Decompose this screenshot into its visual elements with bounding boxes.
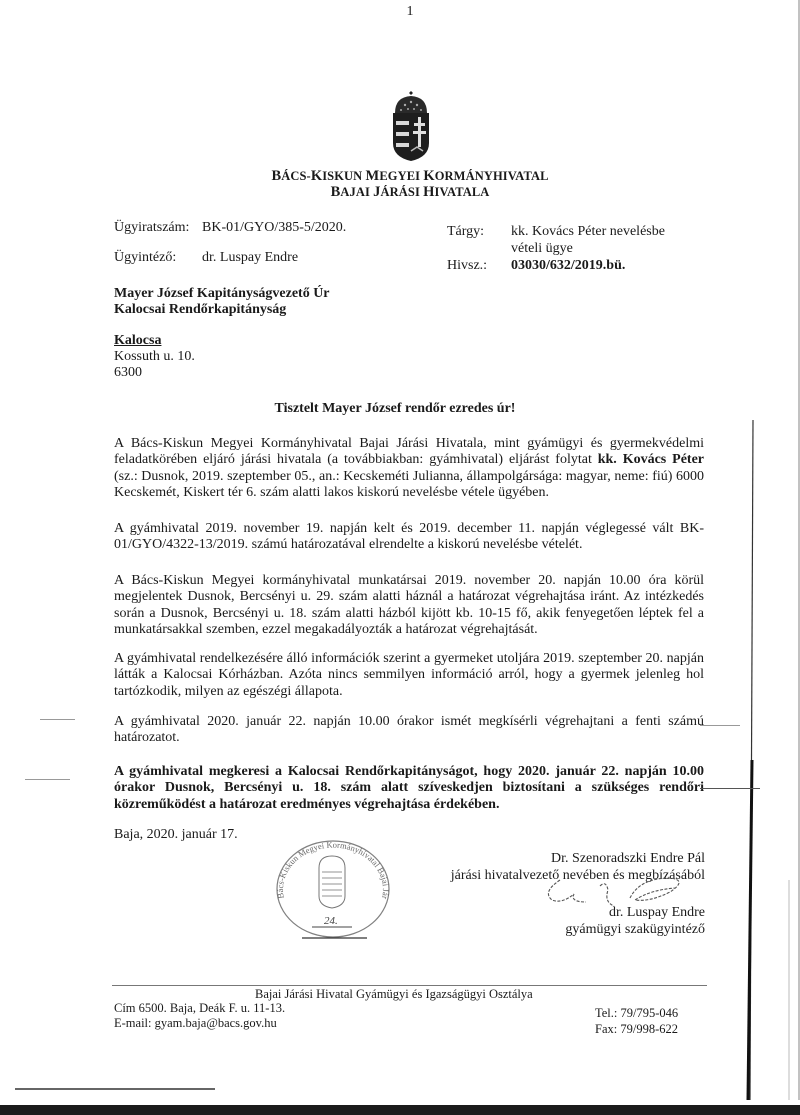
- footer-email: E-mail: gyam.baja@bacs.gov.hu: [114, 1016, 277, 1031]
- scan-mark: [15, 1088, 215, 1090]
- request-paragraph: A gyámhivatal megkeresi a Kalocsai Rendő…: [114, 764, 704, 813]
- paragraph-1: A Bács-Kiskun Megyei Kormányhivatal Baja…: [114, 436, 704, 501]
- child-name: kk. Kovács Péter: [598, 452, 704, 467]
- organization-subunit: BAJAI JÁRÁSI HIVATALA: [0, 184, 800, 201]
- scan-mark: [25, 779, 70, 780]
- recipient-postcode: 6300: [114, 365, 142, 381]
- paragraph-3: A Bács-Kiskun Megyei kormányhivatal munk…: [114, 573, 704, 638]
- footer-address: Cím 6500. Baja, Deák F. u. 11-13.: [114, 1001, 285, 1016]
- footer-phone: Tel.: 79/795-046: [595, 1006, 678, 1021]
- paragraph-5: A gyámhivatal 2020. január 22. napján 10…: [114, 714, 704, 747]
- recipient-street: Kossuth u. 10.: [114, 349, 195, 365]
- scan-edge-shadow: [740, 0, 800, 1115]
- recipient-city: Kalocsa: [114, 333, 161, 349]
- place-and-date: Baja, 2020. január 17.: [114, 827, 238, 843]
- handler-name: dr. Luspay Endre: [202, 250, 298, 266]
- paragraph-2: A gyámhivatal 2019. november 19. napján …: [114, 521, 704, 554]
- reference-label: Hivsz.:: [447, 258, 487, 274]
- scan-mark: [40, 719, 75, 720]
- svg-text:Bács-Kiskun Megyei Kormányhiva: Bács-Kiskun Megyei Kormányhivatal Bajai …: [272, 838, 391, 900]
- page-number: 1: [0, 4, 800, 20]
- stamp-text: Bács-Kiskun Megyei Kormányhivatal Bajai …: [272, 838, 391, 900]
- subject-line-1: kk. Kovács Péter nevelésbe: [511, 224, 665, 240]
- case-number-label: Ügyiratszám:: [114, 220, 189, 236]
- footer-divider: [112, 985, 707, 986]
- reference-number: 03030/632/2019.bü.: [511, 258, 625, 274]
- signer-name: dr. Luspay Endre: [609, 904, 705, 921]
- svg-text:24.: 24.: [324, 915, 338, 927]
- organization-name: BÁCS-KISKUN MEGYEI KORMÁNYHIVATAL: [0, 168, 800, 185]
- official-round-stamp-icon: Bács-Kiskun Megyei Kormányhivatal Bajai …: [272, 838, 394, 940]
- salutation: Tisztelt Mayer József rendőr ezredes úr!: [0, 401, 790, 417]
- subject-line-2: vételi ügye: [511, 241, 573, 257]
- signatory-name: Dr. Szenoradszki Endre Pál: [551, 850, 705, 867]
- scan-mark: [700, 725, 740, 726]
- signer-title: gyámügyi szakügyintéző: [565, 921, 705, 938]
- subject-label: Tárgy:: [447, 224, 484, 240]
- scan-edge-bottom: [0, 1105, 800, 1115]
- paragraph-4: A gyámhivatal rendelkezésére álló inform…: [114, 651, 704, 700]
- case-number: BK-01/GYO/385-5/2020.: [202, 220, 346, 236]
- recipient-name: Mayer József Kapitányságvezető Úr: [114, 286, 330, 302]
- footer-fax: Fax: 79/998-622: [595, 1022, 678, 1037]
- handler-label: Ügyintéző:: [114, 250, 176, 266]
- scan-mark: [700, 788, 760, 789]
- recipient-organization: Kalocsai Rendőrkapitányság: [114, 302, 286, 318]
- footer-department: Bajai Járási Hivatal Gyámügyi és Igazság…: [255, 987, 533, 1002]
- hungarian-coat-of-arms-icon: [389, 91, 433, 163]
